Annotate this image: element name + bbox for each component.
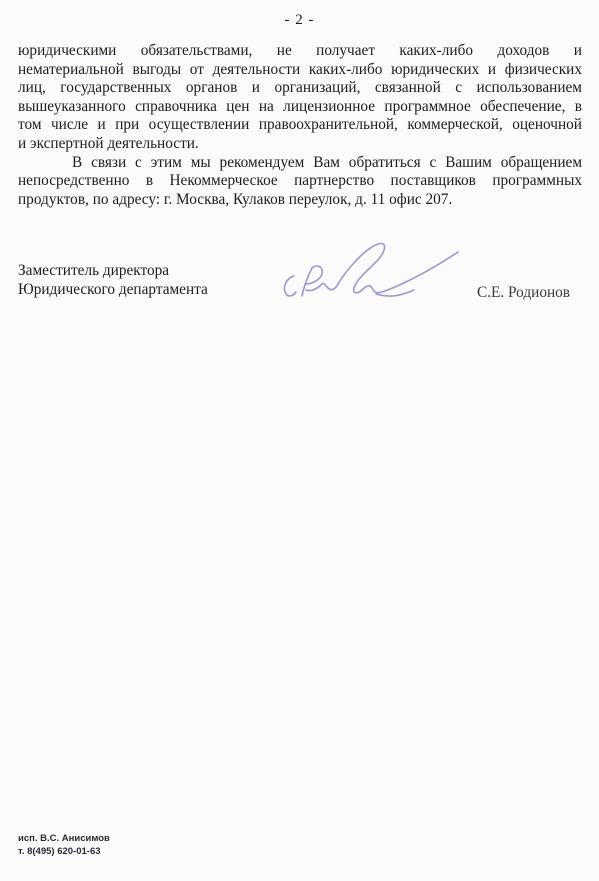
position-line-2: Юридического департамента <box>18 281 208 300</box>
signature-block: Заместитель директора Юридического депар… <box>18 262 582 312</box>
body-line-1: юридическими обязательствами, не получае… <box>18 42 582 61</box>
executor-info: исп. В.С. Анисимов т. 8(495) 620-01-63 <box>18 832 110 858</box>
body-line-8: непосредственно в Некоммерческое партнер… <box>18 172 582 191</box>
signatory-position: Заместитель директора Юридического депар… <box>18 262 208 299</box>
body-line-9: продуктов, по адресу: г. Москва, Кулаков… <box>18 191 582 210</box>
body-line-5: том числе и при осуществлении правоохран… <box>18 116 582 135</box>
executor-phone: т. 8(495) 620-01-63 <box>18 845 110 858</box>
body-line-6: и экспертной деятельности. <box>18 135 582 154</box>
position-line-1: Заместитель директора <box>18 262 208 281</box>
signatory-name: С.Е. Родионов <box>477 284 570 303</box>
body-line-4: вышеуказанного справочника цен на лиценз… <box>18 98 582 117</box>
body-line-7-paragraph-start: В связи с этим мы рекомендуем Вам обрати… <box>18 154 582 173</box>
executor-name: исп. В.С. Анисимов <box>18 832 110 845</box>
letter-body: юридическими обязательствами, не получае… <box>18 42 582 209</box>
page-number: - 2 - <box>0 12 599 29</box>
body-line-3: лиц, государственных органов и организац… <box>18 79 582 98</box>
body-line-2: нематериальной выгоды от деятельности ка… <box>18 61 582 80</box>
